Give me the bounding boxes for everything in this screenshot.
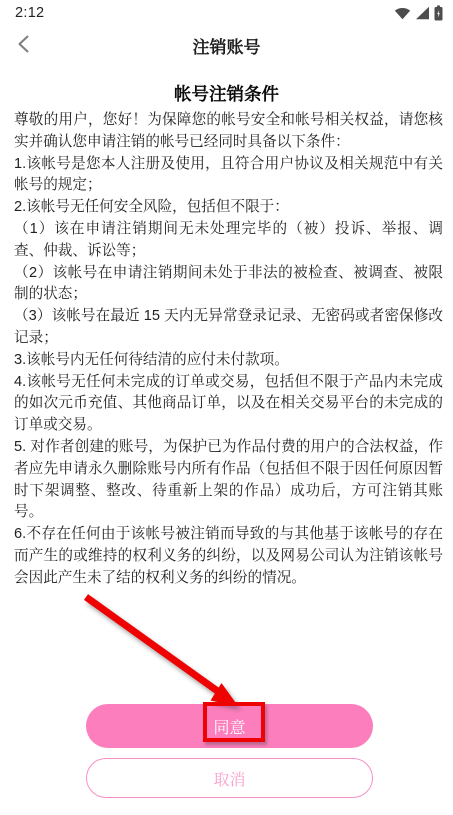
terms-paragraph: 6.不存在任何由于该帐号被注销而导致的与其他基于该帐号的存在而产生的或维持的权利…: [14, 524, 443, 589]
chevron-left-icon: [13, 33, 35, 58]
battery-icon: [434, 5, 443, 21]
terms-paragraph: （3）该帐号在最近 15 天内无异常登录记录、无密码或者密保修改记录；: [14, 306, 443, 350]
app-bar: 注销账号: [0, 25, 453, 65]
terms-paragraph: （2）该帐号在申请注销期间未处于非法的被检查、被调查、被限制的状态；: [14, 263, 443, 307]
terms-paragraph: 5. 对作者创建的账号，为保护已为作品付费的用户的合法权益，作者应先申请永久删除…: [14, 437, 443, 524]
terms-paragraph: 尊敬的用户，您好！为保障您的帐号安全和帐号相关权益，请您核实并确认您申请注销的帐…: [14, 110, 443, 154]
status-icons: [394, 5, 443, 21]
terms-paragraph: （1）该在申请注销期间无未处理完毕的（被）投诉、举报、调查、仲裁、诉讼等；: [14, 219, 443, 263]
status-bar: 2:12: [0, 0, 453, 25]
wifi-icon: [394, 6, 411, 20]
terms-text: 尊敬的用户，您好！为保障您的帐号安全和帐号相关权益，请您核实并确认您申请注销的帐…: [14, 110, 443, 590]
cancel-button[interactable]: 取消: [86, 758, 373, 798]
terms-paragraph: 4.该帐号无任何未完成的订单或交易，包括但不限于产品内未完成的如次元币充值、其他…: [14, 372, 443, 437]
terms-paragraph: 3.该帐号内无任何待结清的应付未付款项。: [14, 350, 443, 372]
agree-button[interactable]: 同意: [86, 704, 373, 748]
screen: 2:12: [0, 0, 453, 815]
back-button[interactable]: [4, 25, 44, 65]
terms-paragraph: 2.该帐号无任何安全风险，包括但不限于：: [14, 197, 443, 219]
page-title: 注销账号: [193, 33, 261, 58]
terms-heading: 帐号注销条件: [0, 81, 453, 106]
cellular-signal-icon: [415, 6, 430, 20]
terms-paragraph: 1.该帐号是您本人注册及使用，且符合用户协议及相关规范中有关帐号的规定；: [14, 154, 443, 198]
status-time: 2:12: [15, 5, 44, 21]
